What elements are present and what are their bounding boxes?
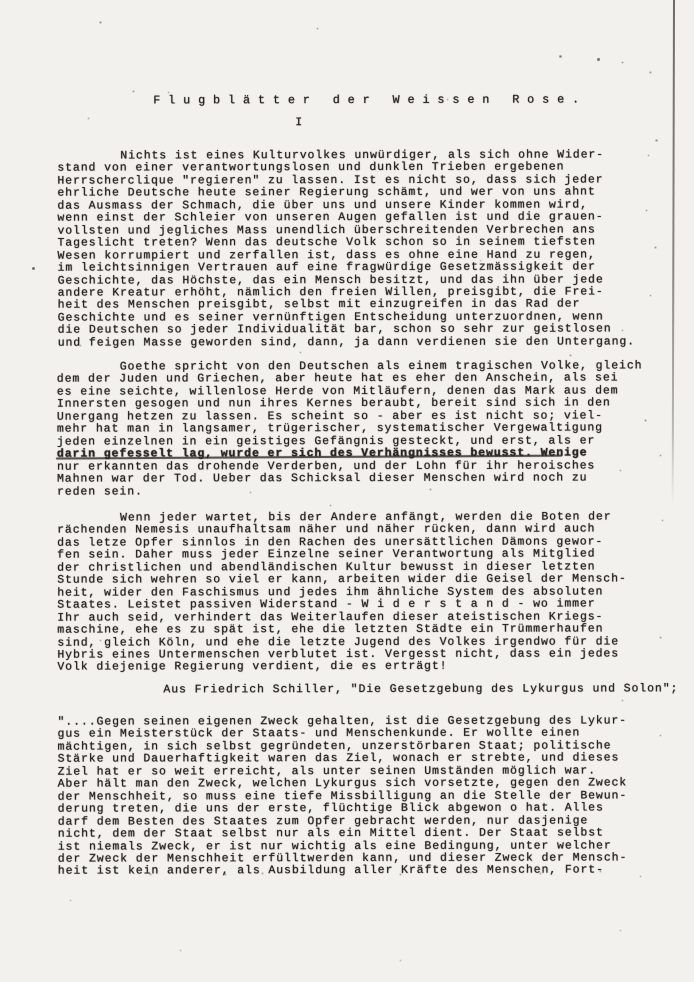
paragraph-4-schiller-quote: "....Gegen seinen eigenen Zweck gehalten…	[57, 715, 627, 878]
document-page: F l u g b l ä t t e r d e r W e i s s e …	[0, 0, 694, 982]
paragraph-2-part1: Goethe spricht von den Deutschen als ein…	[57, 360, 643, 448]
leaflet-scan: F l u g b l ä t t e r d e r W e i s s e …	[0, 0, 694, 982]
paragraph-2-part2: nur erkannten das drohende Verderben, un…	[57, 460, 595, 498]
document-title: F l u g b l ä t t e r d e r W e i s s e …	[153, 94, 579, 107]
paragraph-1: Nichts ist eines Kulturvolkes unwürdiger…	[57, 149, 635, 349]
section-numeral: I	[295, 117, 303, 129]
paragraph-3: Wenn jeder wartet, bis der Andere anfäng…	[57, 511, 627, 674]
quote-attribution: Aus Friedrich Schiller, "Die Gesetzgebun…	[163, 683, 678, 697]
